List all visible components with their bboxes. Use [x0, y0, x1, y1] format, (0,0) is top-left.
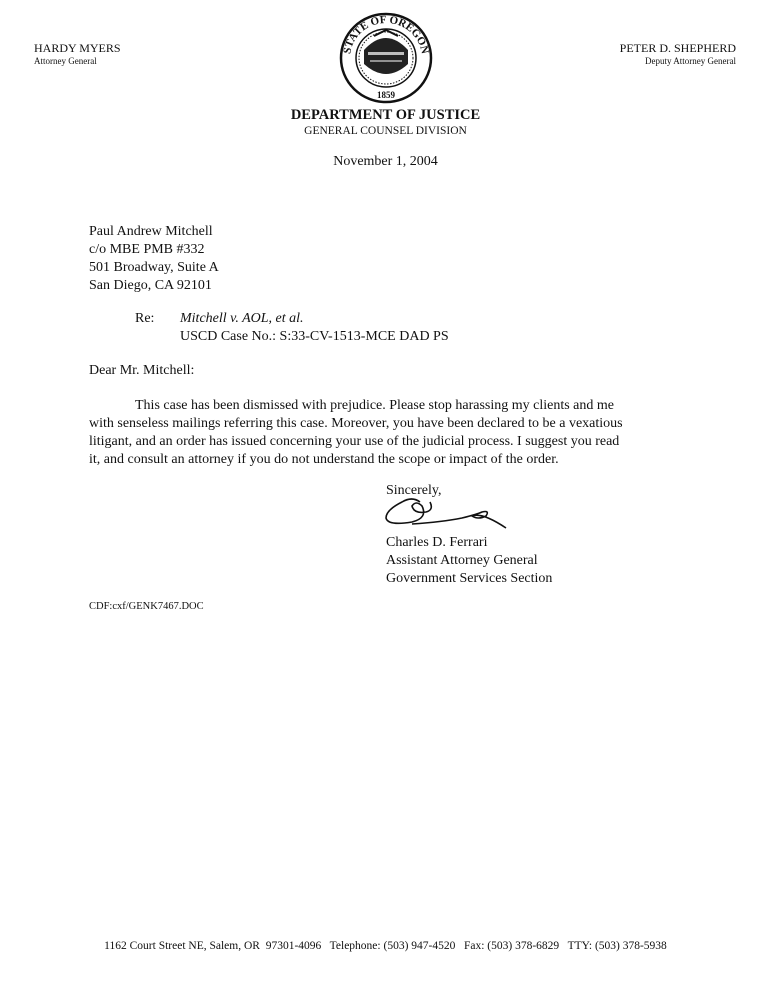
body-paragraph: This case has been dismissed with prejud… — [89, 397, 689, 469]
salutation: Dear Mr. Mitchell: — [89, 362, 194, 380]
signer-section: Government Services Section — [386, 570, 552, 588]
re-label: Re: — [135, 310, 154, 328]
recipient-line-2: c/o MBE PMB #332 — [89, 241, 219, 259]
deputy-attorney-general-block: PETER D. SHEPHERD Deputy Attorney Genera… — [620, 41, 736, 66]
case-number: USCD Case No.: S:33-CV-1513-MCE DAD PS — [180, 328, 449, 346]
footer-text: 1162 Court Street NE, Salem, OR 97301-40… — [104, 940, 667, 952]
division-name: GENERAL COUNSEL DIVISION — [0, 125, 765, 137]
body-line: it, and consult an attorney if you do no… — [89, 451, 689, 469]
department-name: DEPARTMENT OF JUSTICE — [0, 107, 765, 124]
case-name: Mitchell v. AOL, et al. — [180, 310, 449, 328]
letter-page: { "letterhead": { "left": { "name": "HAR… — [0, 0, 765, 992]
re-subject: Mitchell v. AOL, et al. USCD Case No.: S… — [180, 310, 449, 346]
body-line: with senseless mailings referring this c… — [89, 415, 689, 433]
reference-initials: CDF:cxf/GENK7467.DOC — [89, 601, 204, 612]
attorney-general-block: HARDY MYERS Attorney General — [34, 41, 121, 66]
deputy-title: Deputy Attorney General — [620, 56, 736, 66]
footer-contact: 1162 Court Street NE, Salem, OR 97301-40… — [0, 940, 765, 952]
letter-date: November 1, 2004 — [0, 154, 765, 170]
handwritten-signature-icon — [382, 494, 512, 534]
signer-title: Assistant Attorney General — [386, 552, 552, 570]
body-line: litigant, and an order has issued concer… — [89, 433, 689, 451]
svg-text:1859: 1859 — [377, 90, 396, 100]
attorney-general-title: Attorney General — [34, 56, 121, 66]
attorney-general-name: HARDY MYERS — [34, 41, 121, 56]
signer-block: Charles D. Ferrari Assistant Attorney Ge… — [386, 534, 552, 588]
recipient-name: Paul Andrew Mitchell — [89, 223, 219, 241]
recipient-line-4: San Diego, CA 92101 — [89, 277, 219, 295]
body-line: This case has been dismissed with prejud… — [89, 397, 689, 415]
recipient-line-3: 501 Broadway, Suite A — [89, 259, 219, 277]
deputy-name: PETER D. SHEPHERD — [620, 41, 736, 56]
recipient-address: Paul Andrew Mitchell c/o MBE PMB #332 50… — [89, 223, 219, 295]
state-of-oregon-seal-icon: STATE OF OREGON 1859 — [338, 12, 434, 104]
signer-name: Charles D. Ferrari — [386, 534, 552, 552]
